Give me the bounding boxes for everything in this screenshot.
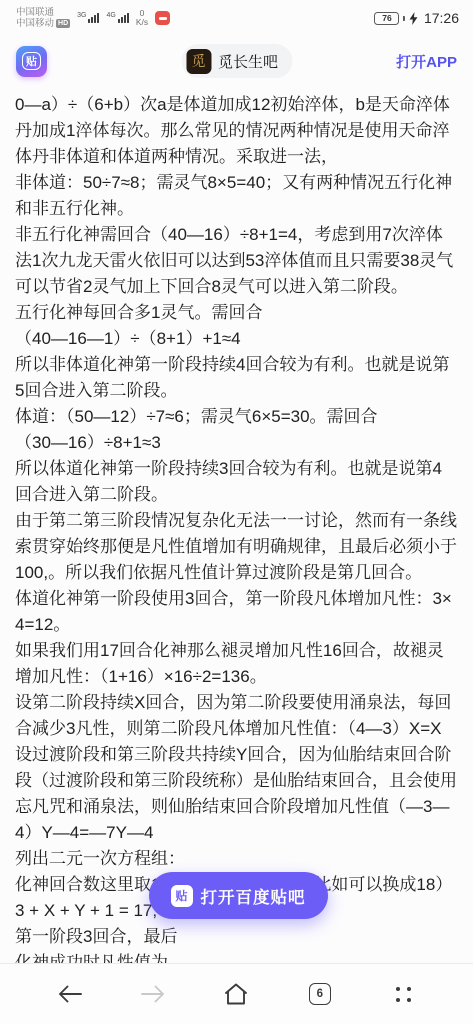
tieba-logo-icon[interactable]: 贴: [16, 46, 47, 77]
post-paragraph: 列出二元一次方程组：: [15, 846, 458, 872]
tieba-badge-icon: 贴: [171, 885, 193, 907]
signal-4g-icon: 4G: [106, 13, 128, 23]
clock: 17:26: [424, 10, 459, 26]
post-paragraph: 体道化神第一阶段使用3回合，第一阶段凡体增加凡性：3×4=12。: [15, 586, 458, 638]
battery-nub: [403, 16, 405, 21]
open-tieba-label: 打开百度贴吧: [201, 884, 306, 908]
open-app-button[interactable]: 打开APP: [396, 51, 457, 72]
post-paragraph: 化神成功时凡性值为: [15, 950, 458, 963]
carrier-labels: 中国联通 中国移动 HD: [16, 7, 70, 29]
post-paragraph: （30—16）÷8+1≈3: [15, 430, 458, 456]
carrier-2: 中国移动: [16, 18, 54, 29]
back-arrow-icon: [57, 983, 83, 1005]
post-paragraph: 五行化神每回合多1灵气。需回合: [15, 300, 458, 326]
post-paragraph: 0—a）÷（6+b）次a是体道加成12初始淬体，b是天命淬体丹加成1淬体每次。那…: [15, 92, 458, 170]
menu-button[interactable]: [383, 974, 423, 1014]
forum-name: 觅长生吧: [218, 51, 278, 72]
post-paragraph: 非五行化神需回合（40—16）÷8+1=4，考虑到用7次淬体法1次九龙天雷火依旧…: [15, 222, 458, 300]
post-paragraph: 由于第二第三阶段情况复杂化无法一一讨论，然而有一条线索贯穿始终那便是凡性值增加有…: [15, 508, 458, 586]
post-paragraph: 所以体道化神第一阶段持续3回合较为有利。也就是说第4回合进入第二阶段。: [15, 456, 458, 508]
post-paragraph: 非体道：50÷7≈8；需灵气8×5=40；又有两种情况五行化神和非五行化神。: [15, 170, 458, 222]
post-paragraph: （40—16—1）÷（8+1）+1≈4: [15, 326, 458, 352]
post-content: 0—a）÷（6+b）次a是体道加成12初始淬体，b是天命淬体丹加成1淬体每次。那…: [0, 88, 473, 963]
post-paragraph: 体道：（50—12）÷7≈6；需灵气6×5=30。需回合: [15, 404, 458, 430]
forward-arrow-icon: [140, 983, 166, 1005]
tabs-button[interactable]: 6: [300, 974, 340, 1014]
status-app-icon: [155, 11, 170, 25]
post-paragraph: 第一阶段3回合，最后: [15, 924, 458, 950]
home-icon: [223, 982, 249, 1006]
post-paragraph: 如果我们用17回合化神那么褪灵增加凡性16回合，故褪灵增加凡性：（1+16）×1…: [15, 638, 458, 690]
app-banner: 贴 觅 觅长生吧 打开APP: [0, 34, 473, 88]
browser-nav-bar: 6: [0, 963, 473, 1024]
carrier-1: 中国联通: [16, 7, 70, 18]
signal-3g-icon: 3G: [77, 13, 99, 23]
forward-button[interactable]: [133, 974, 173, 1014]
post-paragraph: 设过渡阶段和第三阶段共持续Y回合，因为仙胎结束回合阶段（过渡阶段和第三阶段统称）…: [15, 742, 458, 846]
phone-screen: 中国联通 中国移动 HD 3G 4G 0 K/s 76: [0, 0, 473, 1024]
home-button[interactable]: [216, 974, 256, 1014]
charging-bolt-icon: [409, 12, 418, 25]
network-speed: 0 K/s: [136, 9, 148, 27]
forum-icon: 觅: [186, 49, 211, 74]
back-button[interactable]: [50, 974, 90, 1014]
status-bar: 中国联通 中国移动 HD 3G 4G 0 K/s 76: [0, 0, 473, 34]
post-paragraph: 所以非体道化神第一阶段持续4回合较为有利。也就是说第5回合进入第二阶段。: [15, 352, 458, 404]
tab-count-icon: 6: [309, 983, 331, 1005]
battery-icon: 76: [374, 12, 399, 25]
post-paragraph: 设第二阶段持续X回合，因为第二阶段要使用涌泉法，每回合减少3凡性，则第二阶段凡体…: [15, 690, 458, 742]
open-tieba-app-button[interactable]: 贴 打开百度贴吧: [149, 872, 328, 919]
forum-chip[interactable]: 觅 觅长生吧: [181, 44, 292, 78]
menu-dots-icon: [396, 987, 411, 1002]
hd-badge: HD: [56, 19, 70, 28]
